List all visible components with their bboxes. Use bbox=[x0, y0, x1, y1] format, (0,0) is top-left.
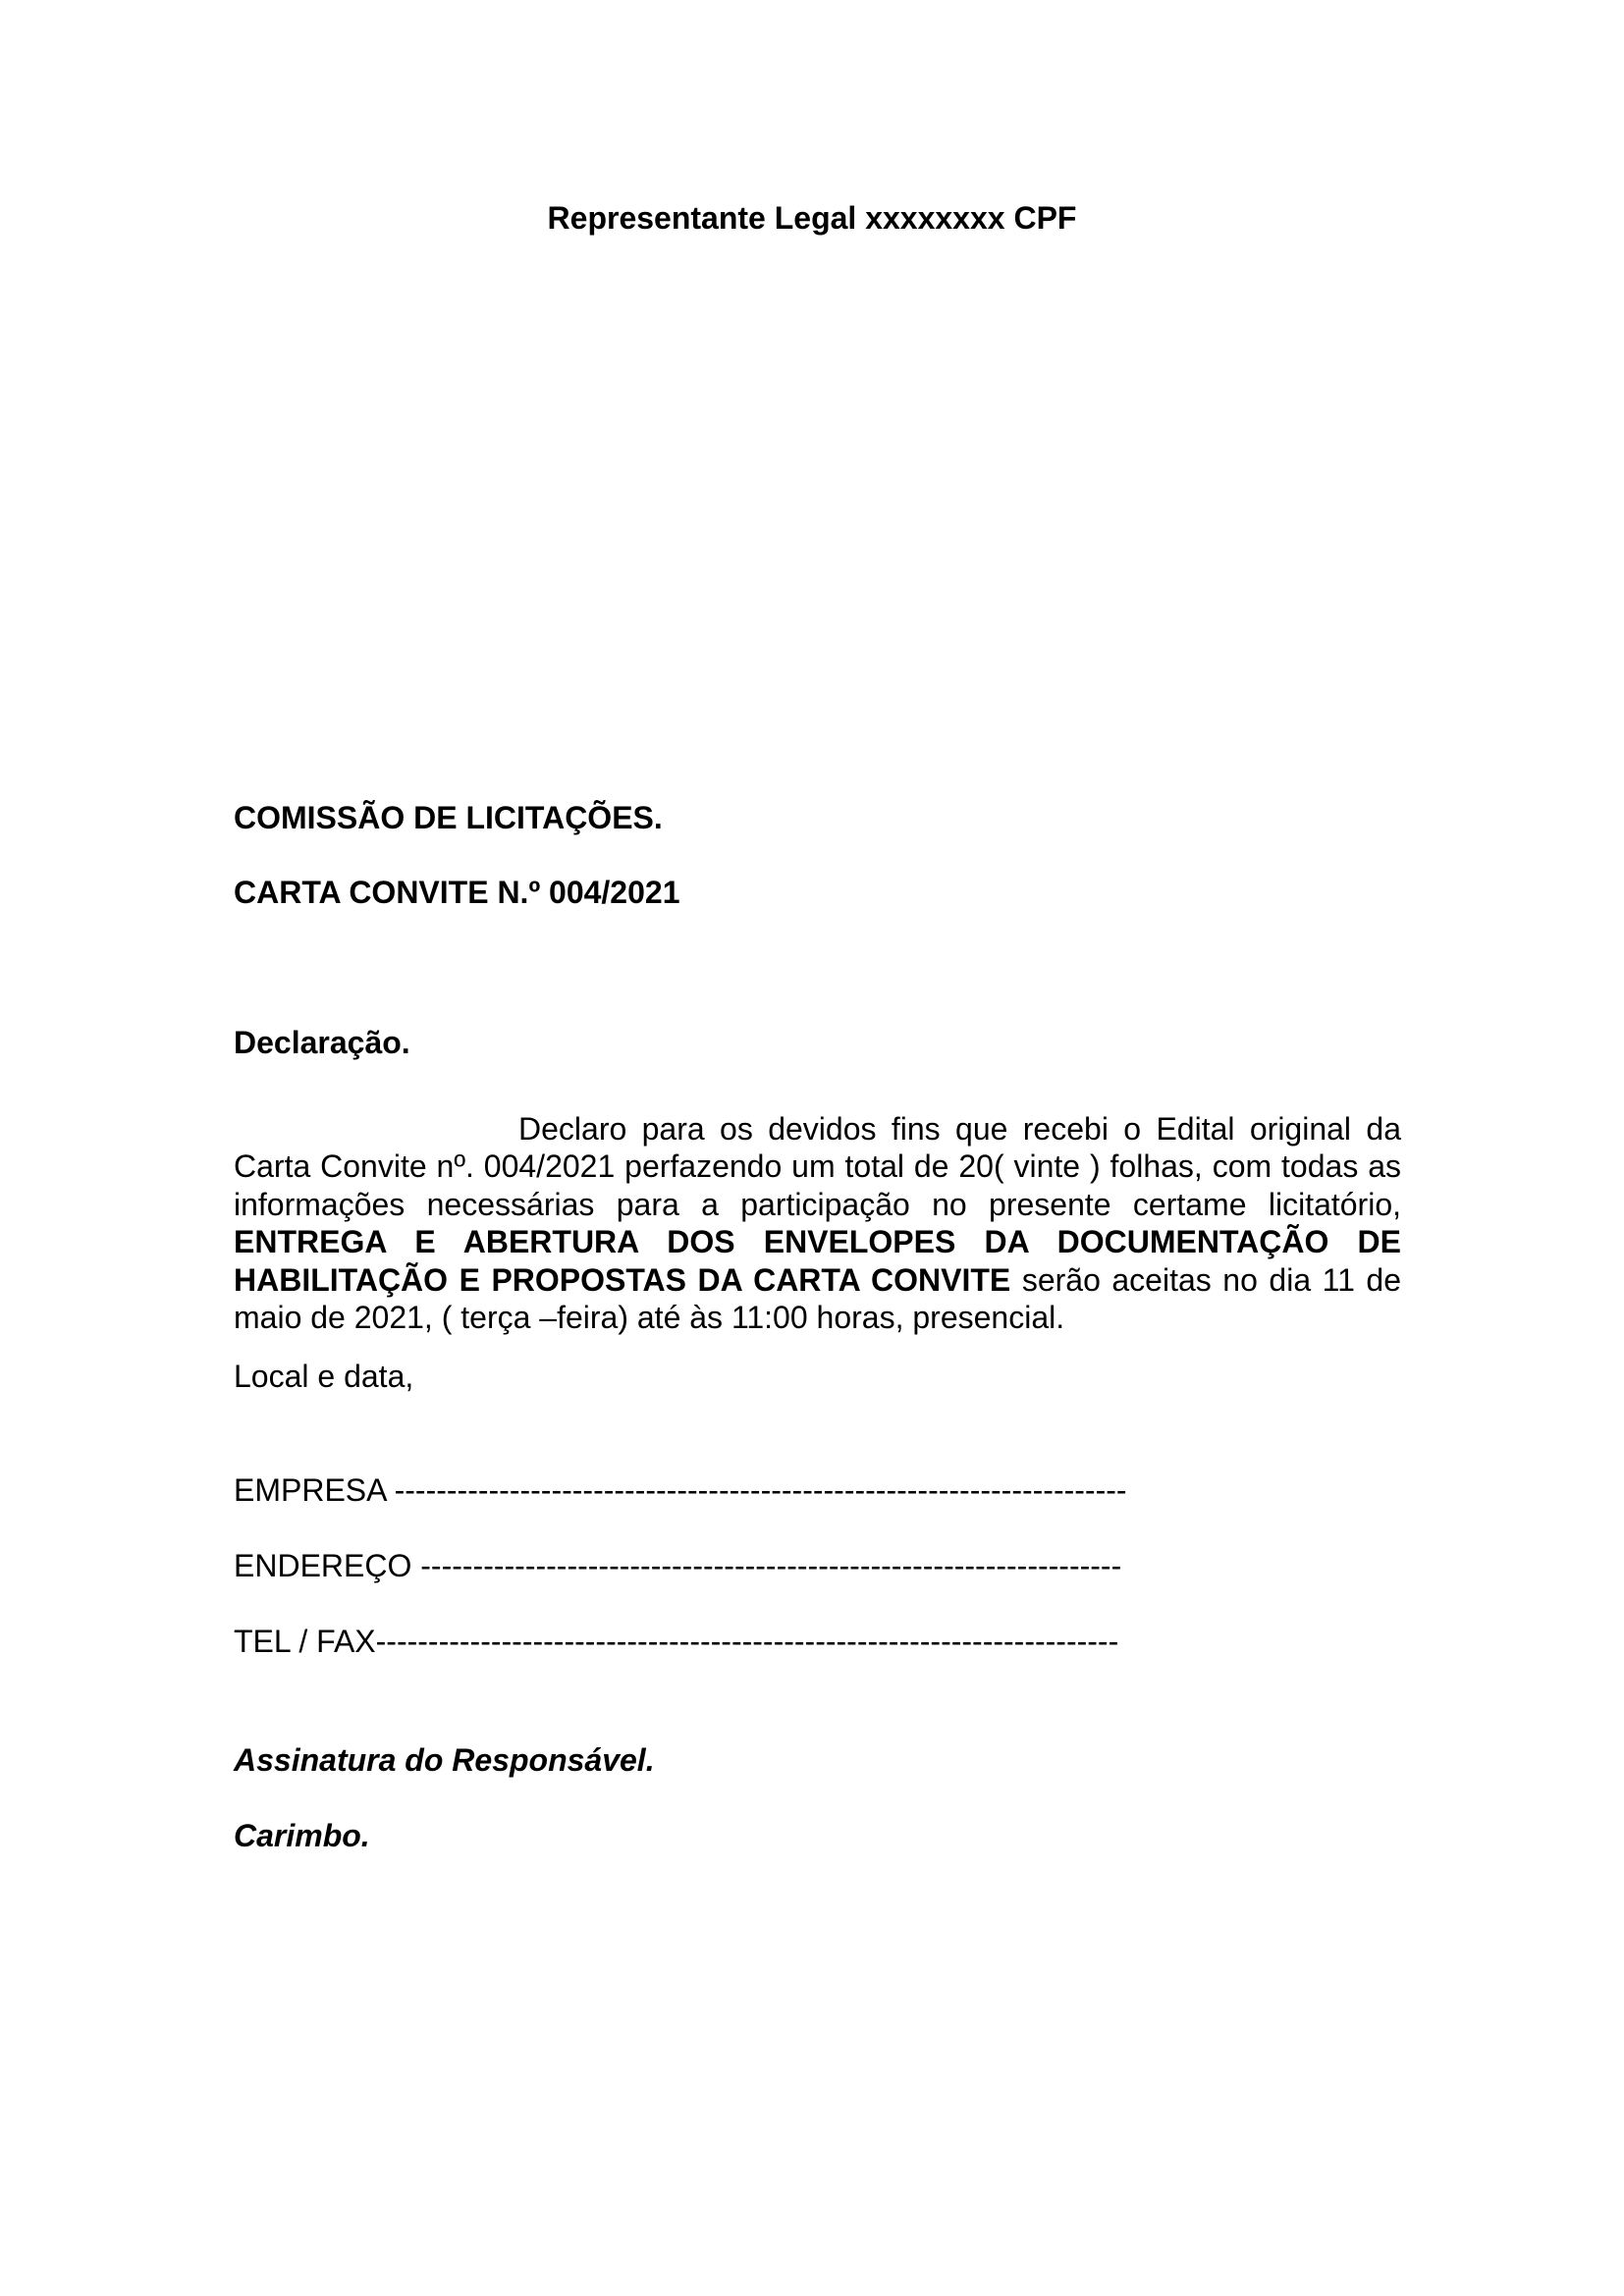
address-fill-line: ----------------------------------------… bbox=[420, 1548, 1121, 1583]
declaration-title: Declaração. bbox=[234, 1025, 410, 1061]
company-field: EMPRESA --------------------------------… bbox=[234, 1472, 1127, 1509]
company-label: EMPRESA bbox=[234, 1472, 395, 1508]
reference-heading: CARTA CONVITE N.º 004/2021 bbox=[234, 875, 679, 911]
document-page: Representante Legal xxxxxxxx CPF COMISSÃ… bbox=[0, 0, 1624, 2296]
address-label: ENDEREÇO bbox=[234, 1548, 420, 1583]
phone-fax-field: TEL / FAX-------------------------------… bbox=[234, 1624, 1118, 1660]
company-fill-line: ----------------------------------------… bbox=[395, 1472, 1127, 1508]
place-date-label: Local e data, bbox=[234, 1359, 413, 1395]
phone-fax-fill-line: ----------------------------------------… bbox=[376, 1624, 1119, 1659]
recipient-heading: COMISSÃO DE LICITAÇÕES. bbox=[234, 800, 663, 836]
declaration-text-part1: Declaro para os devidos fins que recebi … bbox=[234, 1111, 1401, 1222]
phone-fax-label: TEL / FAX bbox=[234, 1624, 376, 1659]
signature-label: Assinatura do Responsável. bbox=[234, 1742, 655, 1779]
address-field: ENDEREÇO -------------------------------… bbox=[234, 1548, 1121, 1584]
legal-representative-header: Representante Legal xxxxxxxx CPF bbox=[0, 200, 1624, 237]
declaration-paragraph: Declaro para os devidos fins que recebi … bbox=[234, 1110, 1401, 1336]
stamp-label: Carimbo. bbox=[234, 1818, 370, 1854]
